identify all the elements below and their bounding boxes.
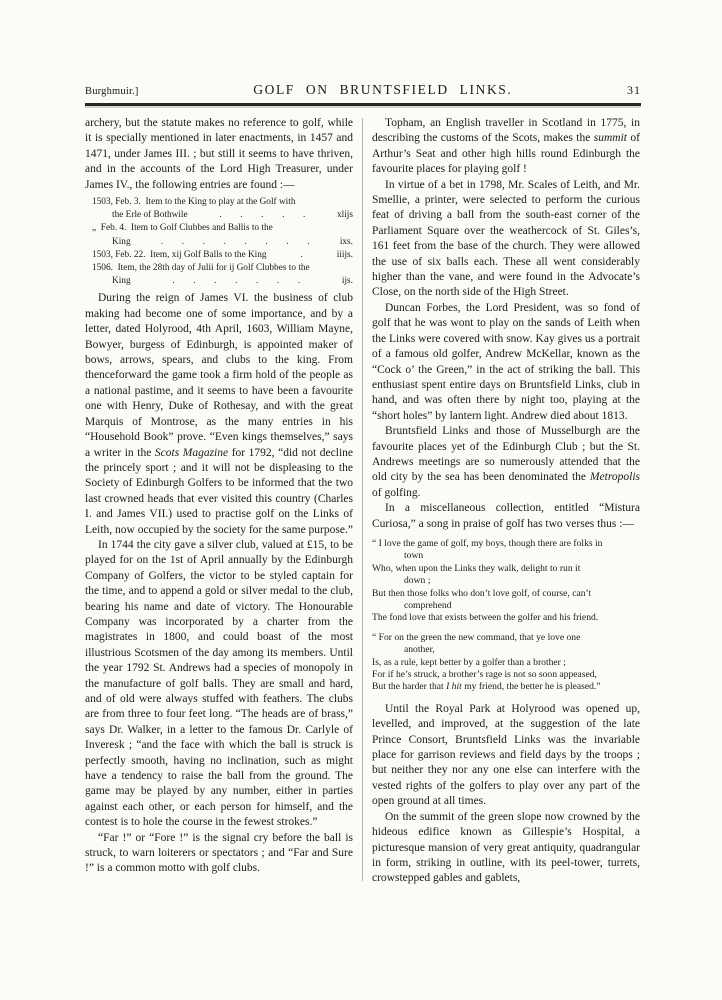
dot-leader: . . . . . . . . [131, 236, 340, 249]
paragraph: Until the Royal Park at Holyrood was ope… [372, 702, 640, 810]
page-number: 31 [627, 83, 641, 98]
ledger-entry-line: 1506. Item, the 28th day of Julii for ij… [92, 262, 353, 275]
right-column: Topham, an English traveller in Scotland… [372, 116, 640, 887]
verse-line: But then those folks who don’t love golf… [372, 588, 640, 600]
paragraph: In virtue of a bet in 1798, Mr. Scales o… [372, 178, 640, 301]
paragraph: Duncan Forbes, the Lord President, was s… [372, 301, 640, 424]
paragraph: archery, but the statute makes no refere… [85, 116, 353, 193]
ledger-entry-line: King . . . . . . . ijs. [92, 275, 353, 288]
dot-leader: . . . . . [188, 209, 337, 222]
ledger-amount: iiijs. [337, 249, 353, 262]
verse-line: town [372, 550, 640, 562]
verse-line: Who, when upon the Links they walk, deli… [372, 563, 640, 575]
verse-line: “ For on the green the new command, that… [372, 632, 640, 644]
verse-line: comprehend [372, 600, 640, 612]
paragraph: During the reign of James VI. the busine… [85, 291, 353, 538]
text-columns: archery, but the statute makes no refere… [85, 116, 641, 887]
treasurer-ledger-entries: 1503, Feb. 3. Item to the King to play a… [92, 196, 353, 288]
verse-line: another, [372, 644, 640, 656]
paragraph: In 1744 the city gave a silver club, val… [85, 538, 353, 831]
ledger-entry: 1506. Item, the 28th day of Julii for ij… [92, 262, 353, 288]
dot-leader: . . . . . . . [131, 275, 342, 288]
header-rule [85, 103, 641, 106]
page-header: Burghmuir.] GOLF ON BRUNTSFIELD LINKS. 3… [85, 82, 641, 98]
ledger-amount: ijs. [342, 275, 353, 288]
paragraph: “Far !” or “Fore !” is the signal cry be… [85, 831, 353, 877]
running-header-section: Burghmuir.] [85, 86, 139, 97]
dot-leader: . [267, 249, 337, 262]
ledger-entry: „ Feb. 4. Item to Golf Clubbes and Balli… [92, 222, 353, 248]
ledger-amount: ixs. [340, 236, 353, 249]
verse-line: “ I love the game of golf, my boys, thou… [372, 538, 640, 550]
left-column: archery, but the statute makes no refere… [85, 116, 353, 887]
paragraph: Bruntsfield Links and those of Musselbur… [372, 424, 640, 501]
ledger-entry-line: 1503, Feb. 22. Item, xij Golf Balls to t… [92, 249, 353, 262]
ledger-entry-line: 1503, Feb. 3. Item to the King to play a… [92, 196, 353, 209]
verse-line: Is, as a rule, kept better by a golfer t… [372, 657, 640, 669]
scanned-book-page: Burghmuir.] GOLF ON BRUNTSFIELD LINKS. 3… [0, 0, 641, 887]
paragraph: In a miscellaneous collection, entitled … [372, 501, 640, 532]
song-verse: “ I love the game of golf, my boys, thou… [372, 538, 640, 625]
ledger-entry-line: King . . . . . . . . ixs. [92, 236, 353, 249]
paragraph: Topham, an English traveller in Scotland… [372, 116, 640, 178]
ledger-entry: 1503, Feb. 3. Item to the King to play a… [92, 196, 353, 222]
verse-line: For if he’s struck, a brother’s rage is … [372, 669, 640, 681]
verse-line: The fond love that exists between the go… [372, 612, 640, 624]
verse-line: But the harder that I hit my friend, the… [372, 681, 640, 693]
golf-song: “ I love the game of golf, my boys, thou… [372, 538, 640, 694]
paragraph: On the summit of the green slope now cro… [372, 810, 640, 887]
song-verse: “ For on the green the new command, that… [372, 632, 640, 694]
ledger-entry-line: the Erle of Bothwile . . . . . xlijs [92, 209, 353, 222]
ledger-entry: 1503, Feb. 22. Item, xij Golf Balls to t… [92, 249, 353, 262]
page-title: GOLF ON BRUNTSFIELD LINKS. [253, 82, 512, 98]
ledger-amount: xlijs [337, 209, 353, 222]
verse-line: down ; [372, 575, 640, 587]
column-divider [362, 118, 363, 881]
ledger-entry-line: „ Feb. 4. Item to Golf Clubbes and Balli… [92, 222, 353, 235]
